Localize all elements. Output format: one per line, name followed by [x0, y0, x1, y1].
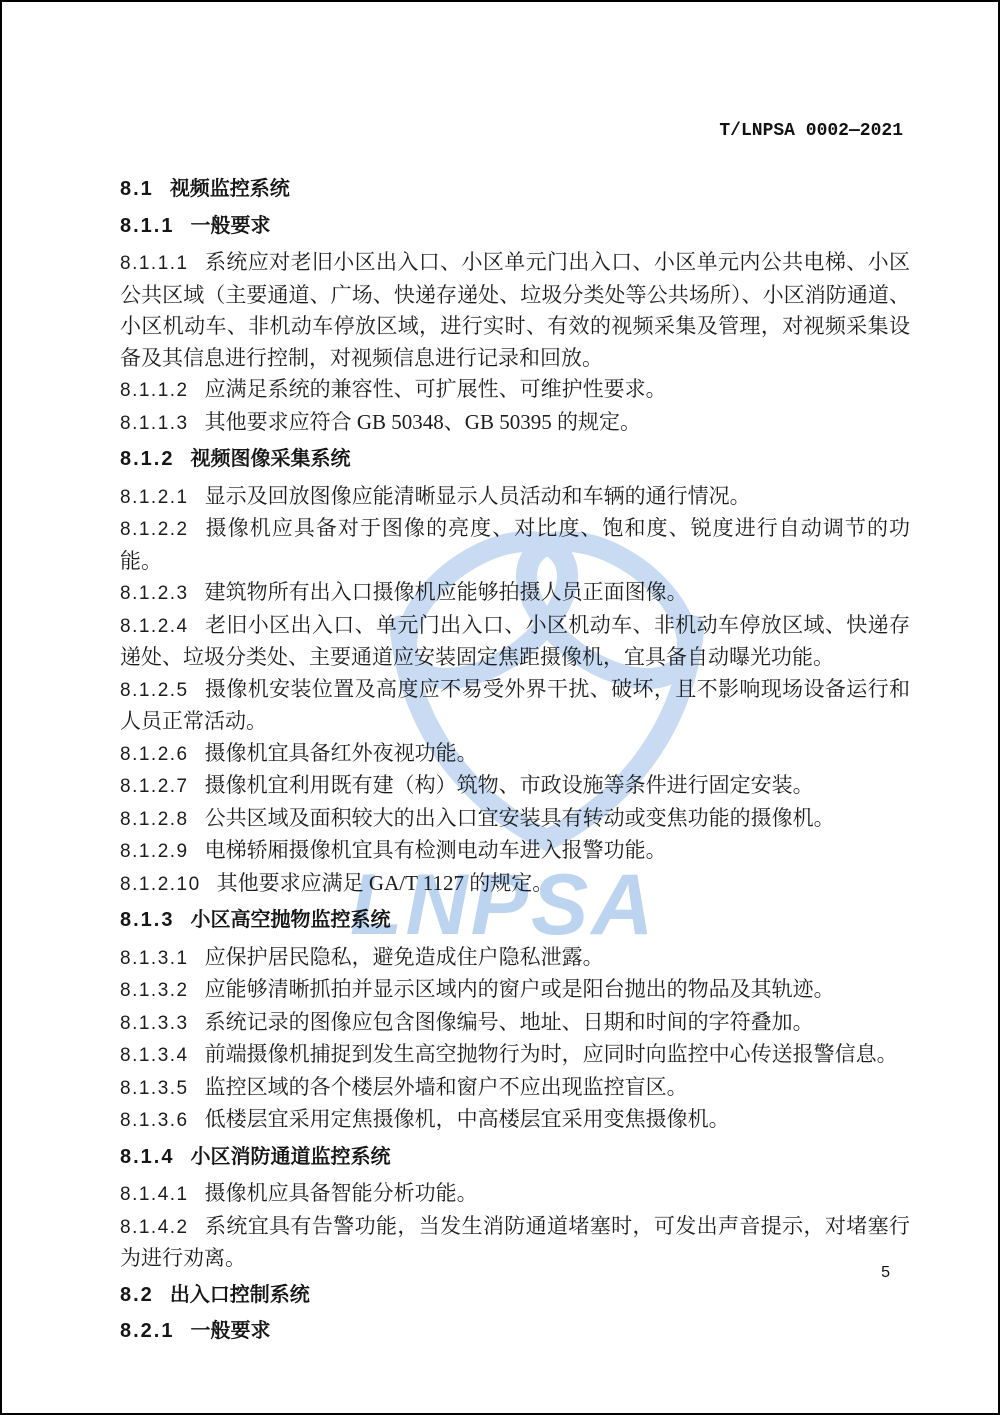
clause-text: 小区消防通道监控系统 [190, 1146, 390, 1168]
clause-text: 视频监控系统 [170, 178, 290, 200]
clause-text: 显示及回放图像应能清晰显示人员活动和车辆的通行情况。 [205, 484, 751, 508]
clause-number: 8.1.3.4 [120, 1045, 189, 1066]
clause-text: 应保护居民隐私，避免造成住户隐私泄露。 [205, 945, 604, 969]
clause-text: 建筑物所有出入口摄像机应能够拍摄人员正面图像。 [205, 580, 688, 604]
page-number: 5 [881, 1264, 890, 1282]
clause-8.1.2.7: 8.1.2.7摄像机宜利用既有建（构）筑物、市政设施等条件进行固定安装。 [120, 770, 910, 803]
clause-text: 应能够清晰抓拍并显示区域内的窗户或是阳台抛出的物品及其轨迹。 [205, 977, 835, 1001]
clause-text: 系统宜具有告警功能，当发生消防通道堵塞时，可发出声音提示，对堵塞行为进行劝离。 [120, 1214, 910, 1271]
clause-text: 其他要求应满足 GA/T 1127 的规定。 [217, 871, 554, 895]
clause-text: 系统记录的图像应包含图像编号、地址、日期和时间的字符叠加。 [205, 1010, 814, 1034]
clause-text: 前端摄像机捕捉到发生高空抛物行为时，应同时向监控中心传送报警信息。 [205, 1042, 898, 1066]
heading-8.2.1: 8.2.1一般要求 [120, 1316, 910, 1348]
clause-8.1.2.9: 8.1.2.9电梯轿厢摄像机宜具有检测电动车进入报警功能。 [120, 835, 910, 868]
clause-text: 监控区域的各个楼层外墙和窗户不应出现监控盲区。 [205, 1075, 688, 1099]
clause-number: 8.2 [120, 1284, 154, 1306]
clause-text: 老旧小区出入口、单元门出入口、小区机动车、非机动车停放区域、快递存递处、垃圾分类… [120, 613, 910, 670]
clause-8.1.4.1: 8.1.4.1摄像机应具备智能分析功能。 [120, 1178, 910, 1211]
clause-number: 8.1.3.6 [120, 1110, 189, 1131]
clause-number: 8.1.2.6 [120, 744, 189, 765]
clause-text: 摄像机应具备智能分析功能。 [205, 1181, 478, 1205]
clause-text: 一般要求 [190, 1320, 270, 1342]
clause-number: 8.1.2.2 [120, 519, 189, 540]
clause-8.1.1.1: 8.1.1.1系统应对老旧小区出入口、小区单元门出入口、小区单元内公共电梯、小区… [120, 247, 910, 374]
clause-8.1.3.3: 8.1.3.3系统记录的图像应包含图像编号、地址、日期和时间的字符叠加。 [120, 1007, 910, 1040]
clause-number: 8.1.1.2 [120, 380, 189, 401]
clause-8.1.2.6: 8.1.2.6摄像机宜具备红外夜视功能。 [120, 738, 910, 771]
clause-8.1.3.5: 8.1.3.5监控区域的各个楼层外墙和窗户不应出现监控盲区。 [120, 1072, 910, 1105]
clause-8.1.2.4: 8.1.2.4老旧小区出入口、单元门出入口、小区机动车、非机动车停放区域、快递存… [120, 610, 910, 674]
clause-number: 8.1.4 [120, 1146, 174, 1168]
clause-number: 8.1.1.1 [120, 253, 189, 274]
clause-text: 摄像机安装位置及高度应不易受外界干扰、破坏，且不影响现场设备运行和人员正常活动。 [120, 677, 910, 734]
heading-8.1.1: 8.1.1一般要求 [120, 211, 910, 243]
clause-text: 电梯轿厢摄像机宜具有检测电动车进入报警功能。 [205, 838, 667, 862]
clause-8.1.2.10: 8.1.2.10其他要求应满足 GA/T 1127 的规定。 [120, 868, 910, 901]
clause-number: 8.1.2.7 [120, 776, 189, 797]
clause-text: 低楼层宜采用定焦摄像机，中高楼层宜采用变焦摄像机。 [205, 1107, 730, 1131]
clause-number: 8.1.3.2 [120, 980, 189, 1001]
clause-number: 8.1.2.5 [120, 680, 189, 701]
clause-8.1.2.5: 8.1.2.5摄像机安装位置及高度应不易受外界干扰、破坏，且不影响现场设备运行和… [120, 674, 910, 738]
clause-text: 其他要求应符合 GB 50348、GB 50395 的规定。 [205, 410, 641, 434]
clause-text: 出入口控制系统 [170, 1284, 310, 1306]
clause-8.1.2.1: 8.1.2.1显示及回放图像应能清晰显示人员活动和车辆的通行情况。 [120, 481, 910, 514]
clause-text: 公共区域及面积较大的出入口宜安装具有转动或变焦功能的摄像机。 [205, 806, 835, 830]
clause-text: 摄像机宜利用既有建（构）筑物、市政设施等条件进行固定安装。 [205, 773, 814, 797]
clause-8.1.2.2: 8.1.2.2摄像机应具备对于图像的亮度、对比度、饱和度、锐度进行自动调节的功能… [120, 513, 910, 577]
clause-8.1.3.6: 8.1.3.6低楼层宜采用定焦摄像机，中高楼层宜采用变焦摄像机。 [120, 1104, 910, 1137]
clause-8.1.3.1: 8.1.3.1应保护居民隐私，避免造成住户隐私泄露。 [120, 942, 910, 975]
clause-text: 应满足系统的兼容性、可扩展性、可维护性要求。 [205, 377, 667, 401]
clause-text: 一般要求 [190, 215, 270, 237]
heading-8.1.3: 8.1.3小区高空抛物监控系统 [120, 905, 910, 937]
clause-8.1.1.2: 8.1.1.2应满足系统的兼容性、可扩展性、可维护性要求。 [120, 374, 910, 407]
clause-number: 8.1.2.3 [120, 583, 189, 604]
heading-8.1.2: 8.1.2视频图像采集系统 [120, 444, 910, 476]
clause-text: 摄像机宜具备红外夜视功能。 [205, 741, 478, 765]
clause-number: 8.1.3.1 [120, 948, 189, 969]
clause-number: 8.1.3.3 [120, 1013, 189, 1034]
clause-number: 8.1.3.5 [120, 1078, 189, 1099]
clause-text: 系统应对老旧小区出入口、小区单元门出入口、小区单元内公共电梯、小区公共区域（主要… [120, 250, 910, 370]
clause-number: 8.1.3 [120, 909, 174, 931]
clause-8.1.3.4: 8.1.3.4前端摄像机捕捉到发生高空抛物行为时，应同时向监控中心传送报警信息。 [120, 1039, 910, 1072]
clause-text: 摄像机应具备对于图像的亮度、对比度、饱和度、锐度进行自动调节的功能。 [120, 516, 910, 573]
heading-8.1.4: 8.1.4小区消防通道监控系统 [120, 1142, 910, 1174]
heading-8.1: 8.1视频监控系统 [120, 174, 910, 206]
clause-number: 8.1.4.1 [120, 1184, 189, 1205]
clause-8.1.3.2: 8.1.3.2应能够清晰抓拍并显示区域内的窗户或是阳台抛出的物品及其轨迹。 [120, 974, 910, 1007]
clause-number: 8.1.1 [120, 215, 174, 237]
clause-8.1.2.3: 8.1.2.3建筑物所有出入口摄像机应能够拍摄人员正面图像。 [120, 577, 910, 610]
clause-8.1.2.8: 8.1.2.8公共区域及面积较大的出入口宜安装具有转动或变焦功能的摄像机。 [120, 803, 910, 836]
clause-8.1.1.3: 8.1.1.3其他要求应符合 GB 50348、GB 50395 的规定。 [120, 407, 910, 440]
clause-number: 8.1.2.8 [120, 809, 189, 830]
clause-8.1.4.2: 8.1.4.2系统宜具有告警功能，当发生消防通道堵塞时，可发出声音提示，对堵塞行… [120, 1211, 910, 1275]
clause-number: 8.2.1 [120, 1320, 174, 1342]
page: LNPSA T/LNPSA 0002—2021 8.1视频监控系统8.1.1一般… [0, 0, 1000, 1415]
clause-number: 8.1.2.9 [120, 841, 189, 862]
heading-8.2: 8.2出入口控制系统 [120, 1280, 910, 1312]
clause-number: 8.1.2.4 [120, 616, 189, 637]
document-body: 8.1视频监控系统8.1.1一般要求8.1.1.1系统应对老旧小区出入口、小区单… [120, 2, 910, 1353]
clause-number: 8.1.1.3 [120, 413, 189, 434]
clause-number: 8.1.2 [120, 448, 174, 470]
clause-number: 8.1 [120, 178, 154, 200]
clause-number: 8.1.4.2 [120, 1217, 189, 1238]
clause-text: 小区高空抛物监控系统 [190, 909, 390, 931]
clause-number: 8.1.2.1 [120, 487, 189, 508]
clause-text: 视频图像采集系统 [190, 448, 350, 470]
clause-number: 8.1.2.10 [120, 874, 201, 895]
